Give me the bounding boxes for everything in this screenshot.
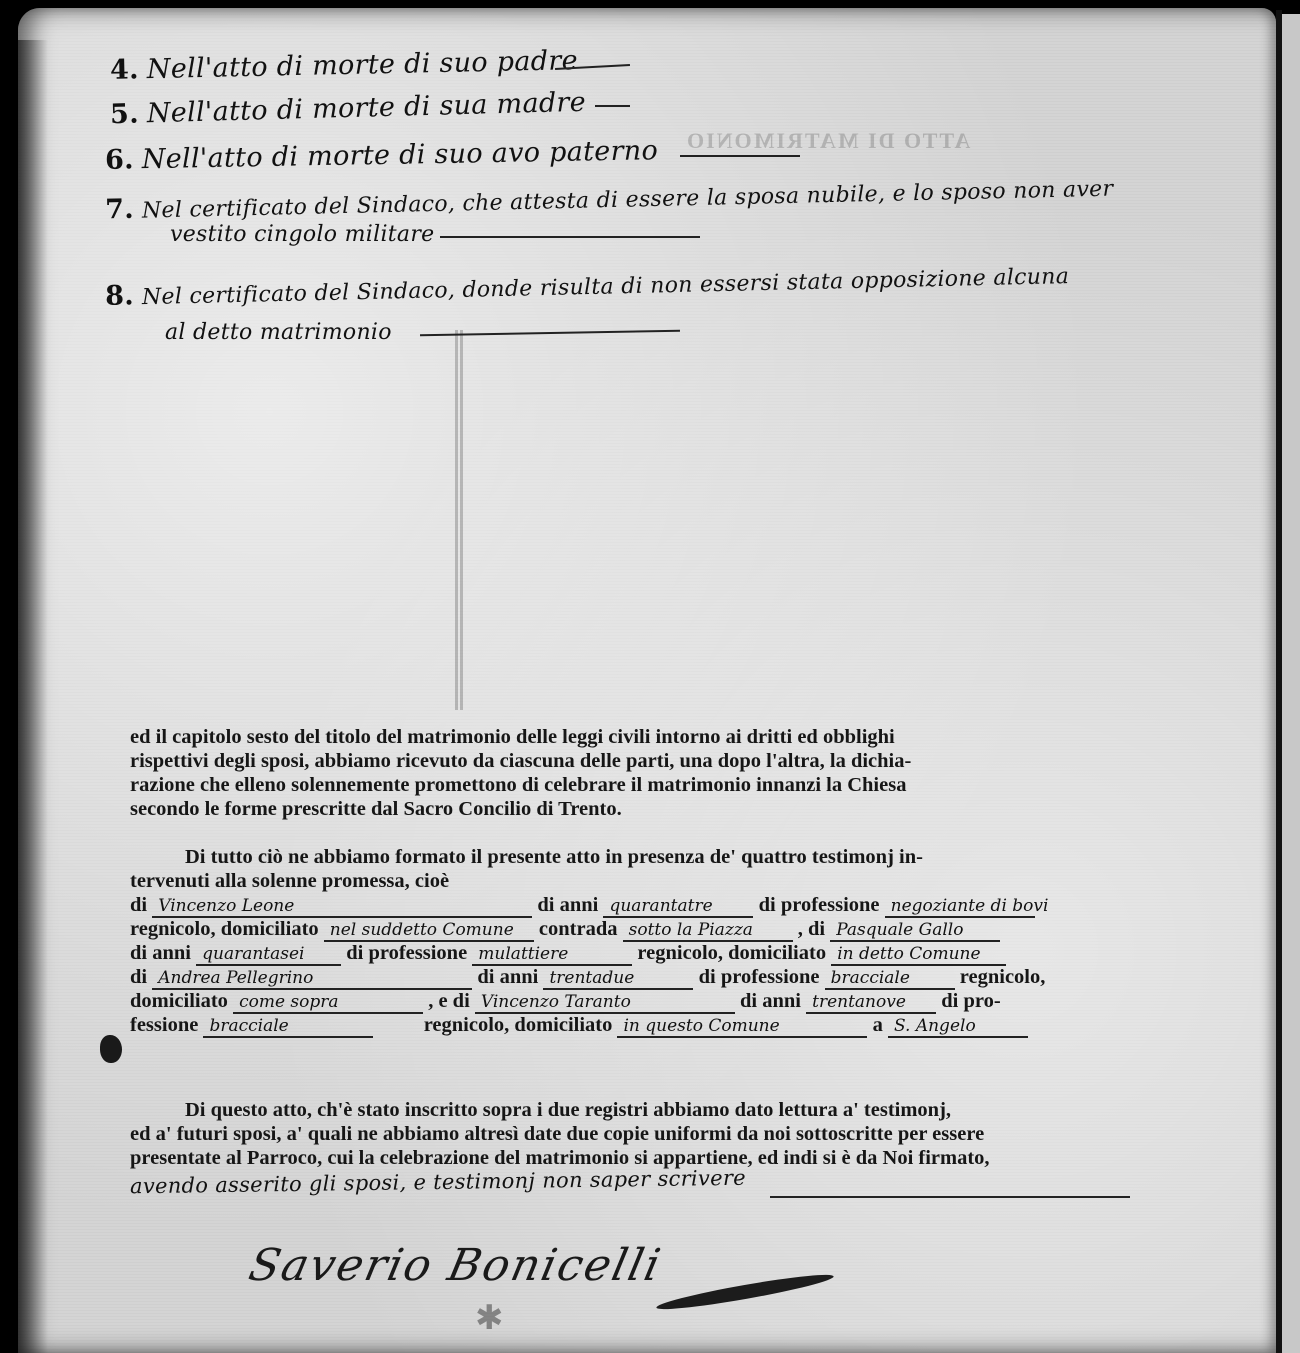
witness-4-locality: S. Angelo	[888, 1016, 1028, 1038]
label: di anni	[130, 942, 191, 964]
official-signature: Saverio Bonicelli	[245, 1240, 667, 1291]
printed-line: razione che elleno solennemente prometto…	[130, 773, 1200, 797]
label: regnicolo, domiciliato	[424, 1014, 613, 1036]
entry-number: 5.	[110, 98, 140, 130]
witness-2-domicile: in detto Comune	[831, 944, 1006, 966]
printed-paragraph-witnesses: Di tutto ciò ne abbiamo formato il prese…	[130, 845, 1200, 1037]
witness-1-line: di Vincenzo Leone di anni quarantatre di…	[130, 893, 1200, 917]
binding-shadow	[18, 40, 48, 1353]
entry-number: 6.	[105, 144, 134, 175]
handwritten-entry-7-continuation: vestito cingolo militare	[170, 222, 435, 247]
entry-underline	[440, 236, 700, 238]
printed-paragraph-closing: Di questo atto, ch'è stato inscritto sop…	[130, 1098, 1200, 1170]
label: , e di	[428, 990, 470, 1012]
label: di professione	[699, 966, 820, 988]
label: di professione	[346, 942, 467, 964]
witness-2-name: Pasquale Gallo	[830, 920, 1000, 942]
witness-4-line: fessione bracciale regnicolo, domiciliat…	[130, 1013, 1200, 1037]
witness-2-profession: mulattiere	[472, 944, 632, 966]
witness-3-age: trentadue	[543, 968, 693, 990]
label: di pro-	[941, 990, 1000, 1012]
label: di	[130, 894, 147, 916]
witness-1-name: Vincenzo Leone	[152, 896, 532, 918]
entry-text: al detto matrimonio	[165, 320, 392, 345]
label: a	[873, 1014, 883, 1036]
witness-4-name: Vincenzo Taranto	[475, 992, 735, 1014]
printed-line: ed il capitolo sesto del titolo del matr…	[130, 725, 1200, 749]
witness-3-domicile: come sopra	[233, 992, 423, 1014]
label: contrada	[539, 918, 618, 940]
label: regnicolo,	[960, 966, 1046, 988]
printed-line: rispettivi degli sposi, abbiamo ricevuto…	[130, 749, 1200, 773]
witness-1-age: quarantatre	[603, 896, 753, 918]
ink-blot	[100, 1035, 122, 1063]
witness-4-domicile: in questo Comune	[617, 1016, 867, 1038]
witness-1-domicile: nel suddetto Comune	[324, 920, 534, 942]
witness-2-line: di anni quarantasei di professione mulat…	[130, 941, 1200, 965]
printed-line: tervenuti alla solenne promessa, cioè	[130, 869, 1200, 893]
printed-line: Di tutto ciò ne abbiamo formato il prese…	[185, 846, 923, 868]
label: di anni	[537, 894, 598, 916]
entry-underline	[595, 105, 630, 107]
label: di anni	[477, 966, 538, 988]
printed-line: ed a' futuri sposi, a' quali ne abbiamo …	[130, 1122, 1200, 1146]
witness-4-profession: bracciale	[203, 1016, 373, 1038]
closing-note-underline	[770, 1196, 1130, 1198]
label: regnicolo, domiciliato	[130, 918, 319, 940]
label: domiciliato	[130, 990, 228, 1012]
bleed-through-column-rule	[455, 330, 458, 710]
label: , di	[798, 918, 825, 940]
paper-stain-mark: ✱	[475, 1298, 504, 1338]
witness-3-name: Andrea Pellegrino	[152, 968, 472, 990]
label: fessione	[130, 1014, 198, 1036]
entry-number: 4.	[110, 54, 139, 86]
witness-2-age: quarantasei	[196, 944, 341, 966]
entry-number: 7.	[105, 194, 134, 226]
witness-3-4-line: domiciliato come sopra , e di Vincenzo T…	[130, 989, 1200, 1013]
entry-text: vestito cingolo militare	[170, 222, 435, 247]
label: di anni	[740, 990, 801, 1012]
printed-paragraph-declaration: ed il capitolo sesto del titolo del matr…	[130, 725, 1200, 821]
entry-number: 8.	[105, 280, 134, 312]
label: di	[130, 966, 147, 988]
bleed-through-column-rule	[460, 330, 463, 710]
witness-3-profession: bracciale	[825, 968, 955, 990]
witness-1-contrada: sotto la Piazza	[623, 920, 793, 942]
bleed-through-title: ATTO DI MATRIMONIO	[685, 128, 970, 154]
label: regnicolo, domiciliato	[637, 942, 826, 964]
witness-1-2-line: regnicolo, domiciliato nel suddetto Comu…	[130, 917, 1200, 941]
witness-3-line: di Andrea Pellegrino di anni trentadue d…	[130, 965, 1200, 989]
printed-line: Di questo atto, ch'è stato inscritto sop…	[185, 1099, 951, 1121]
printed-line: secondo le forme prescritte dal Sacro Co…	[130, 797, 1200, 821]
label: di professione	[759, 894, 880, 916]
adjacent-page-edge	[1282, 14, 1300, 1353]
witness-4-age: trentanove	[806, 992, 936, 1014]
handwritten-entry-8-continuation: al detto matrimonio	[165, 320, 392, 345]
page-gutter	[1276, 10, 1282, 1353]
witness-1-profession: negoziante di bovi	[885, 896, 1035, 918]
entry-underline	[680, 155, 800, 157]
